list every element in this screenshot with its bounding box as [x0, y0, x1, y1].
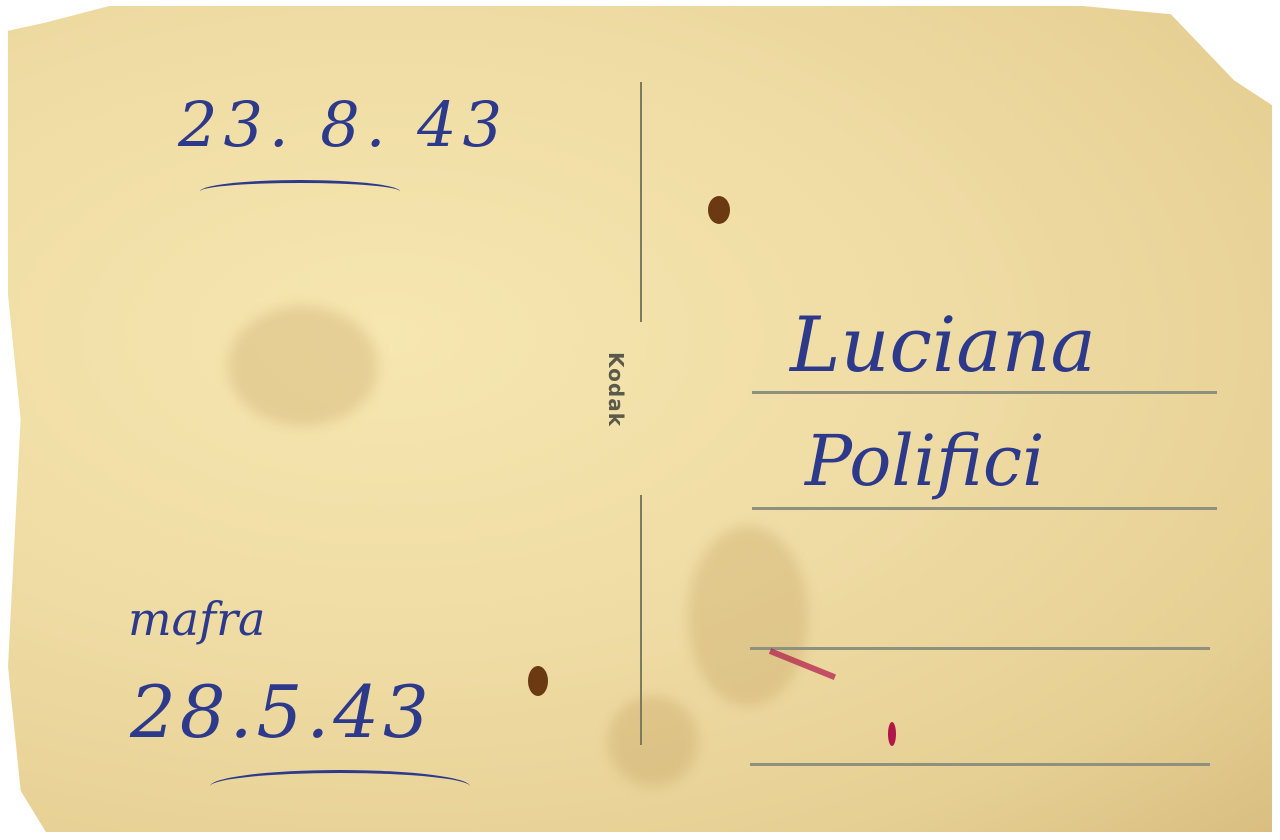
address-line-1	[752, 391, 1217, 394]
red-ink-mark	[888, 722, 896, 746]
center-divider-top	[640, 82, 642, 322]
rust-spot	[528, 666, 548, 696]
handwritten-place: Polifici	[805, 420, 1044, 502]
water-stain	[608, 696, 698, 786]
date-underline	[200, 180, 400, 203]
handwritten-name: Luciana	[790, 300, 1096, 389]
handwritten-date-bottom: 28.5.43	[130, 670, 433, 754]
date-underline	[210, 770, 470, 803]
handwritten-date-top: 23. 8. 43	[178, 88, 508, 161]
address-line-3	[750, 647, 1210, 650]
address-line-4	[750, 763, 1210, 766]
kodak-brand-mark: Kodak	[604, 352, 628, 427]
handwritten-note: mafra	[128, 592, 265, 646]
address-line-2	[752, 507, 1217, 510]
water-stain	[688, 526, 808, 706]
water-stain	[228, 306, 378, 426]
rust-spot	[708, 196, 730, 224]
center-divider-bottom	[640, 495, 642, 745]
